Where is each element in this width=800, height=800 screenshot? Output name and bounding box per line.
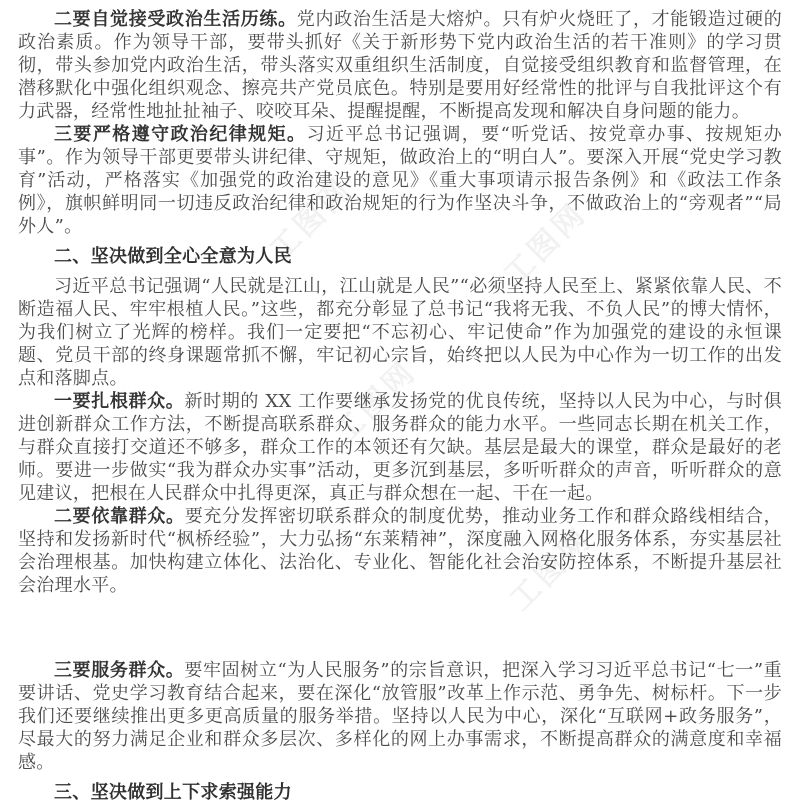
paragraph-serve-masses: 三要服务群众。要牢固树立“为人民服务”的宗旨意识，把深入学习习近平总书记“七一”… <box>18 659 782 774</box>
paragraph-lead: 三要服务群众。 <box>54 660 184 681</box>
paragraph-political-discipline: 三要严格遵守政治纪律规矩。习近平总书记强调，要“听党话、按党章办事、按规矩办事”… <box>18 123 782 238</box>
paragraph-lead: 三要严格遵守政治纪律规矩。 <box>54 124 306 145</box>
document-page: 工图网 工图网 工图网 工图网 二要自觉接受政治生活历练。党内政治生活是大熔炉。… <box>0 0 800 800</box>
section-heading-strengthen-ability: 三、坚决做到上下求索强能力 <box>18 781 782 800</box>
paragraph-political-life-training: 二要自觉接受政治生活历练。党内政治生活是大熔炉。只有炉火烧旺了，才能锻造过硬的政… <box>18 8 782 123</box>
paragraph-root-in-masses: 一要扎根群众。新时期的 XX 工作要继承发扬党的优良传统，坚持以人民为中心，与时… <box>18 390 782 505</box>
paragraph-rely-on-masses: 二要依靠群众。要充分发挥密切联系群众的制度优势，推动业务工作和群众路线相结合，坚… <box>18 505 782 597</box>
paragraph-lead: 二要依靠群众。 <box>54 506 185 527</box>
paragraph-body: 习近平总书记强调“人民就是江山，江山就是人民”“必须坚持人民至上、紧紧依靠人民、… <box>18 276 782 389</box>
section-heading-serve-people: 二、坚决做到全心全意为人民 <box>18 245 782 268</box>
page-break-gap <box>18 597 782 659</box>
paragraph-people-are-country: 习近平总书记强调“人民就是江山，江山就是人民”“必须坚持人民至上、紧紧依靠人民、… <box>18 275 782 390</box>
paragraph-lead: 二要自觉接受政治生活历练。 <box>54 9 297 30</box>
paragraph-lead: 一要扎根群众。 <box>54 391 184 412</box>
